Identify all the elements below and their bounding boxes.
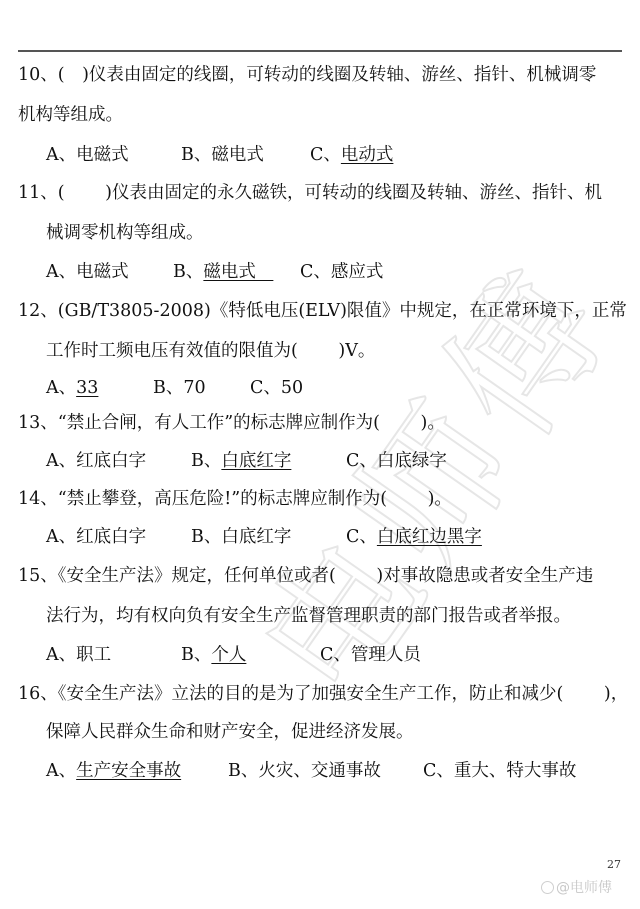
question-16-option-b: B、火灾、交通事故: [228, 760, 381, 782]
question-15-line-1: 15、《安全生产法》规定，任何单位或者( )对事故隐患或者安全生产违: [18, 565, 593, 587]
question-14-option-b: B、白底红字: [191, 526, 291, 548]
question-13-option-c: C、白底绿字: [346, 450, 447, 472]
baidu-paw-icon: [541, 881, 554, 894]
question-10-line-2: 机构等组成。: [18, 104, 123, 126]
source-watermark: @电师傅: [541, 877, 612, 897]
question-10-option-b: B、磁电式: [181, 144, 264, 166]
question-11-option-b: B、磁电式: [173, 261, 273, 283]
question-12-option-b: B、70: [153, 377, 206, 399]
question-11-option-c: C、感应式: [300, 261, 383, 283]
question-10-line-1: 10、( )仪表由固定的线圈，可转动的线圈及转轴、游丝、指针、机械调零: [18, 64, 596, 86]
question-15-option-a: A、职工: [46, 644, 111, 666]
question-12-line-1: 12、(GB/T3805-2008)《特低电压(ELV)限值》中规定，在正常环境…: [18, 300, 627, 322]
correct-answer: 白底红字: [221, 451, 291, 471]
question-11-line-2: 械调零机构等组成。: [46, 222, 204, 244]
question-14-line-1: 14、“禁止攀登，高压危险!”的标志牌应制作为( )。: [18, 488, 452, 510]
question-11-option-a: A、电磁式: [46, 261, 129, 283]
question-14-option-a: A、红底白字: [46, 526, 146, 548]
correct-answer: 电动式: [341, 145, 394, 165]
question-16-option-c: C、重大、特大事故: [423, 760, 576, 782]
question-13-line-1: 13、“禁止合闸，有人工作”的标志牌应制作为( )。: [18, 412, 445, 434]
page-number: 27: [607, 858, 621, 871]
question-15-line-2: 法行为，均有权向负有安全生产监督管理职责的部门报告或者举报。: [46, 605, 571, 627]
question-10-option-a: A、电磁式: [46, 144, 129, 166]
question-10-option-c: C、电动式: [310, 144, 393, 166]
correct-answer: 生产安全事故: [76, 761, 181, 781]
question-15-option-b: B、个人: [181, 644, 246, 666]
question-16-option-a: A、生产安全事故: [46, 760, 181, 782]
question-12-option-c: C、50: [250, 377, 303, 399]
question-16-line-1: 16、《安全生产法》立法的目的是为了加强安全生产工作，防止和减少( )，: [18, 683, 628, 705]
question-12-line-2: 工作时工频电压有效值的限值为( )V。: [46, 340, 375, 362]
question-11-line-1: 11、( )仪表由固定的永久磁铁，可转动的线圈及转轴、游丝、指针、机: [18, 182, 602, 204]
question-16-line-2: 保障人民群众生命和财产安全，促进经济发展。: [46, 721, 414, 743]
question-12-option-a: A、33: [46, 377, 98, 399]
question-14-option-c: C、白底红边黑字: [346, 526, 482, 548]
header-rule: [18, 50, 622, 52]
question-13-option-b: B、白底红字: [191, 450, 291, 472]
correct-answer: 白底红边黑字: [377, 527, 482, 547]
question-15-option-c: C、管理人员: [320, 644, 421, 666]
correct-answer: 33: [76, 378, 98, 398]
question-13-option-a: A、红底白字: [46, 450, 146, 472]
correct-answer: 个人: [211, 645, 246, 665]
correct-answer: 磁电式: [203, 262, 273, 282]
